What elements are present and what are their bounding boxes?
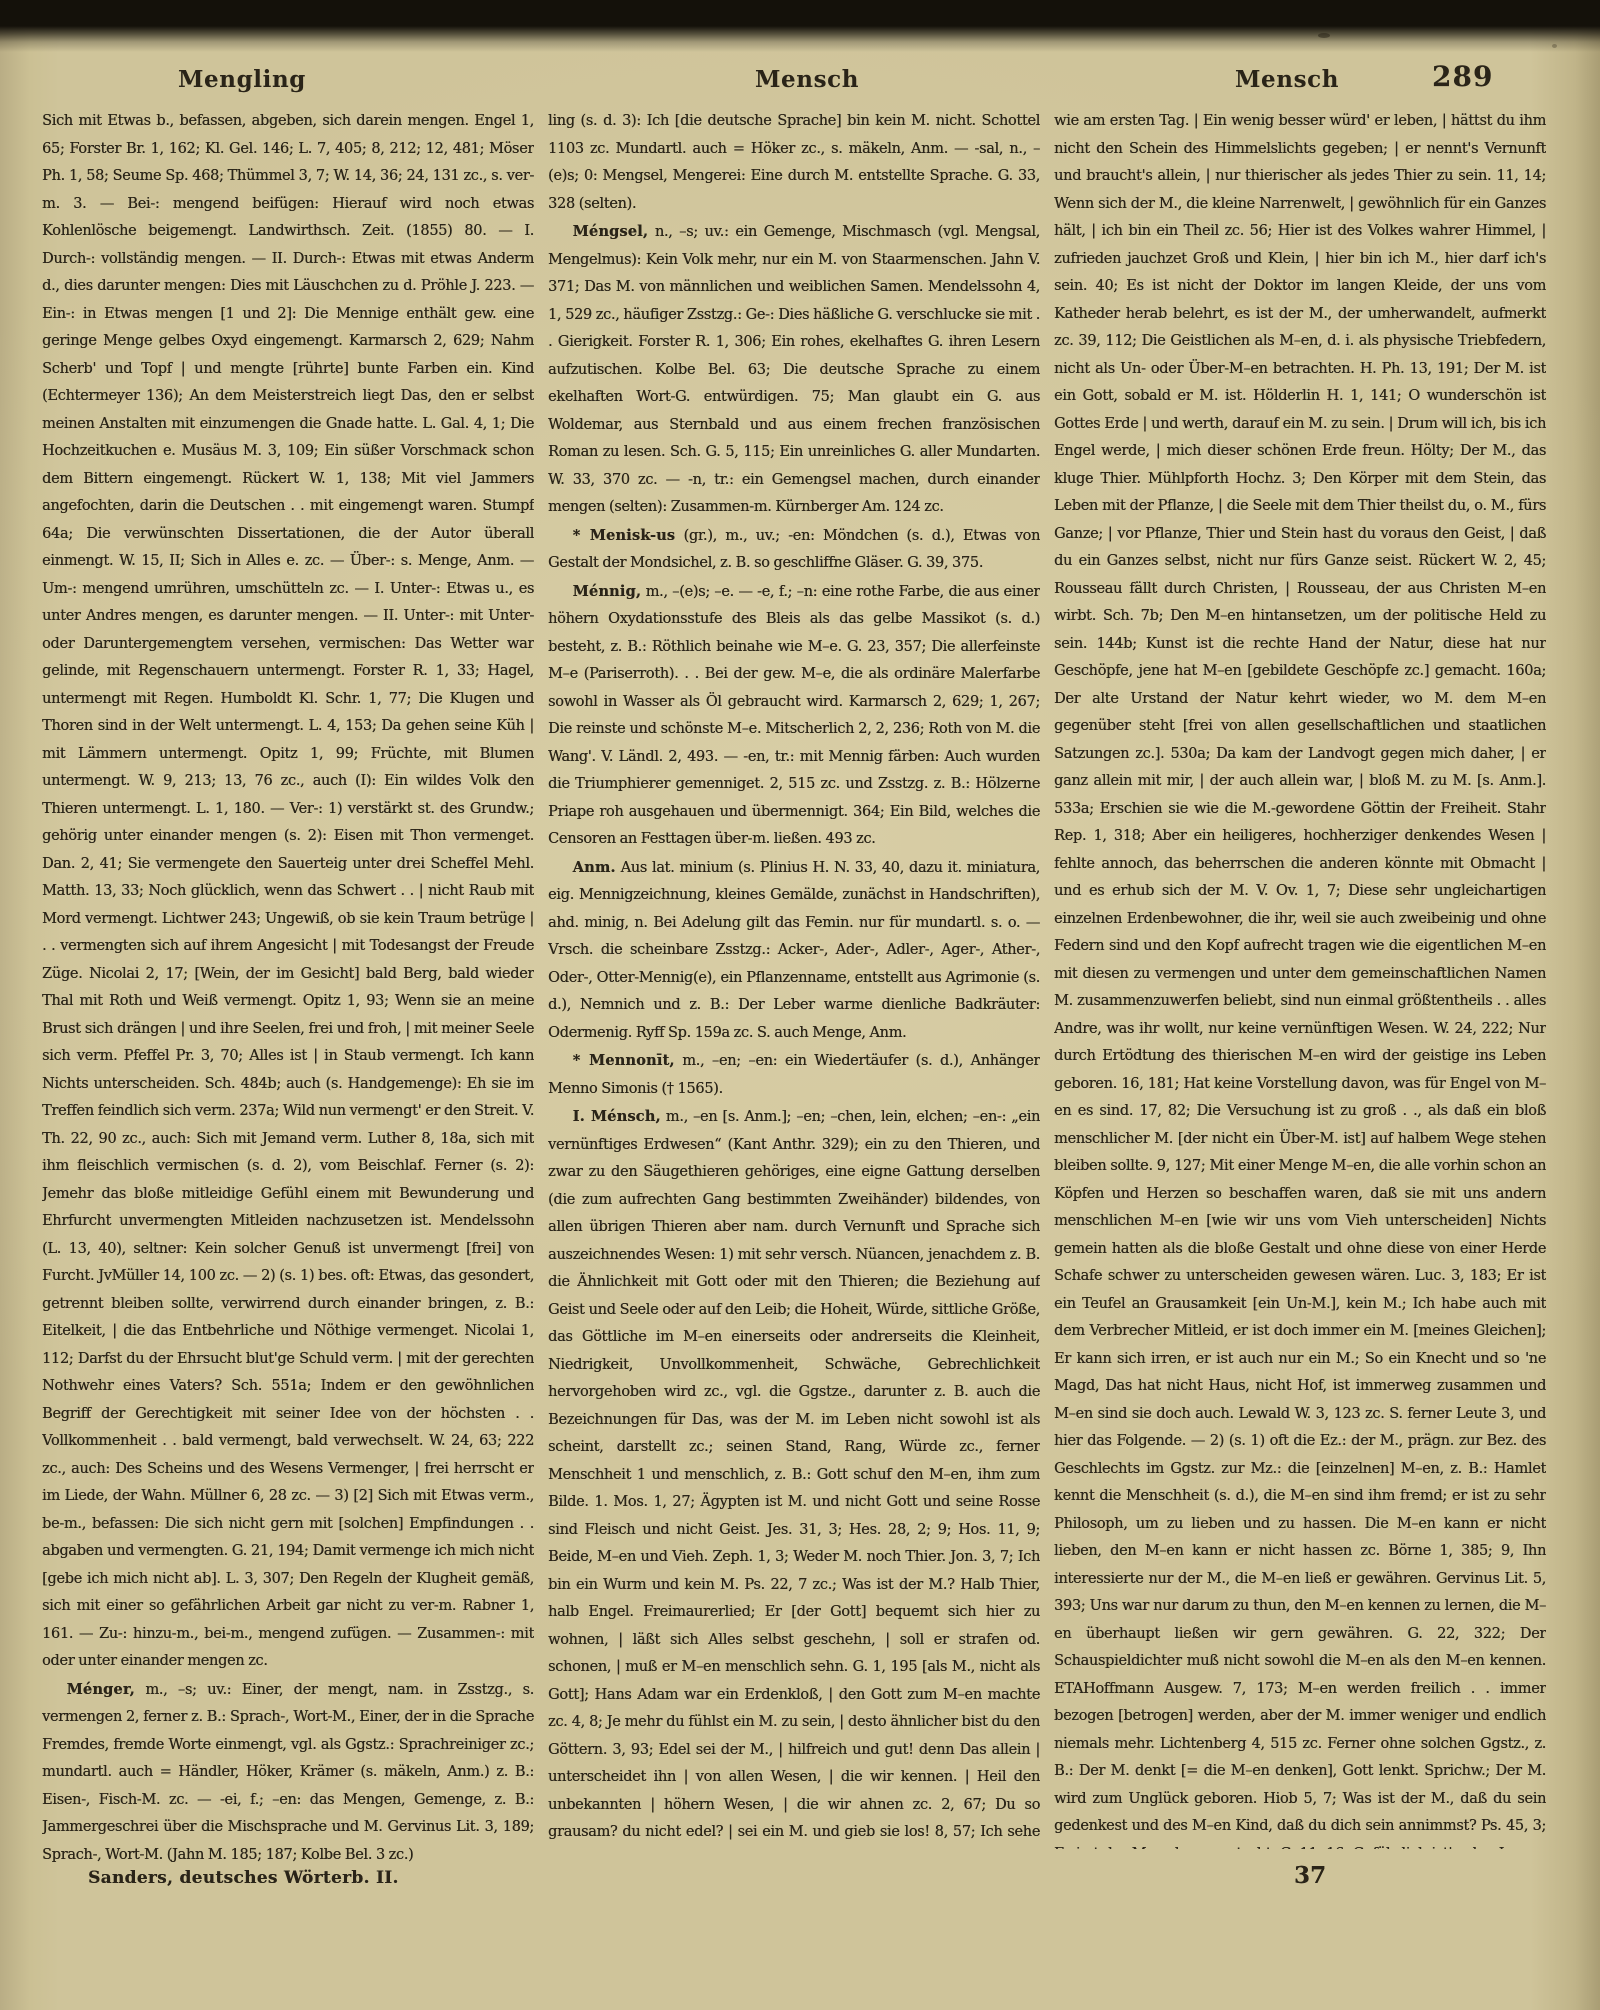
page-number: 289 <box>1432 60 1493 93</box>
paragraph-text: ling (s. d. 3): Ich [die deutsche Sprach… <box>548 113 1040 212</box>
column-3: wie am ersten Tag. | Ein wenig besser wü… <box>1054 107 1546 1849</box>
paragraph: wie am ersten Tag. | Ein wenig besser wü… <box>1054 107 1546 1849</box>
entry-mengsel: Méngsel, n., –s; uv.: ein Gemenge, Misch… <box>548 218 1040 522</box>
scanned-dictionary-page: { "page": { "running_title_left": "Mengl… <box>0 0 1600 2010</box>
entry-anmerkung: Anm. Aus lat. minium (s. Plinius H. N. 3… <box>548 854 1040 1048</box>
paragraph: ling (s. d. 3): Ich [die deutsche Sprach… <box>548 107 1040 218</box>
entry-mennonit: * Mennonīt, m., –en; –en: ein Wiedertäuf… <box>548 1047 1040 1103</box>
headword: Ménger, <box>67 1681 135 1698</box>
column-2: ling (s. d. 3): Ich [die deutsche Sprach… <box>548 107 1040 1849</box>
headword: * Menisk-us <box>573 527 676 544</box>
entry-meniskus: * Menisk-us (gr.), m., uv.; -en: Möndche… <box>548 522 1040 578</box>
ink-speck <box>1318 33 1330 38</box>
running-title-left: Mengling <box>178 66 306 93</box>
printer-signature: Sanders, deutsches Wörterb. II. <box>88 1868 399 1888</box>
scan-edge-top <box>0 0 1600 52</box>
paragraph-text: m., –(e)s; –e. — -e, f.; –n: eine rothe … <box>548 584 1040 848</box>
paragraph-text: m., –en [s. Anm.]; –en; –chen, lein, elc… <box>548 1109 1040 1849</box>
paragraph-text: wie am ersten Tag. | Ein wenig besser wü… <box>1054 113 1546 1849</box>
entry-mennig: Ménnig, m., –(e)s; –e. — -e, f.; –n: ein… <box>548 578 1040 854</box>
paragraph-text: Sich mit Etwas b., befassen, abgeben, si… <box>42 113 534 1669</box>
headword: Méngsel, <box>573 223 649 240</box>
paragraph: Sich mit Etwas b., befassen, abgeben, si… <box>42 107 534 1676</box>
paragraph-text: n., –s; uv.: ein Gemenge, Mischmasch (vg… <box>548 224 1040 515</box>
headword: Ménnig, <box>573 583 641 600</box>
column-1: Sich mit Etwas b., befassen, abgeben, si… <box>42 107 534 1867</box>
paragraph-text: Aus lat. minium (s. Plinius H. N. 33, 40… <box>548 860 1040 1041</box>
headword: I. Ménsch, <box>573 1108 661 1125</box>
sheet-number: 37 <box>1255 1862 1365 1889</box>
paragraph-text: m., –s; uv.: Einer, der mengt, nam. in Z… <box>42 1682 534 1863</box>
running-title-center: Mensch <box>755 66 859 93</box>
entry-mensch: I. Ménsch, m., –en [s. Anm.]; –en; –chen… <box>548 1103 1040 1849</box>
headword: Anm. <box>573 859 616 876</box>
running-title-right: Mensch <box>1235 66 1339 93</box>
ink-speck <box>1552 44 1557 48</box>
entry-menger: Ménger, m., –s; uv.: Einer, der mengt, n… <box>42 1676 534 1868</box>
headword: * Mennonīt, <box>573 1052 675 1069</box>
